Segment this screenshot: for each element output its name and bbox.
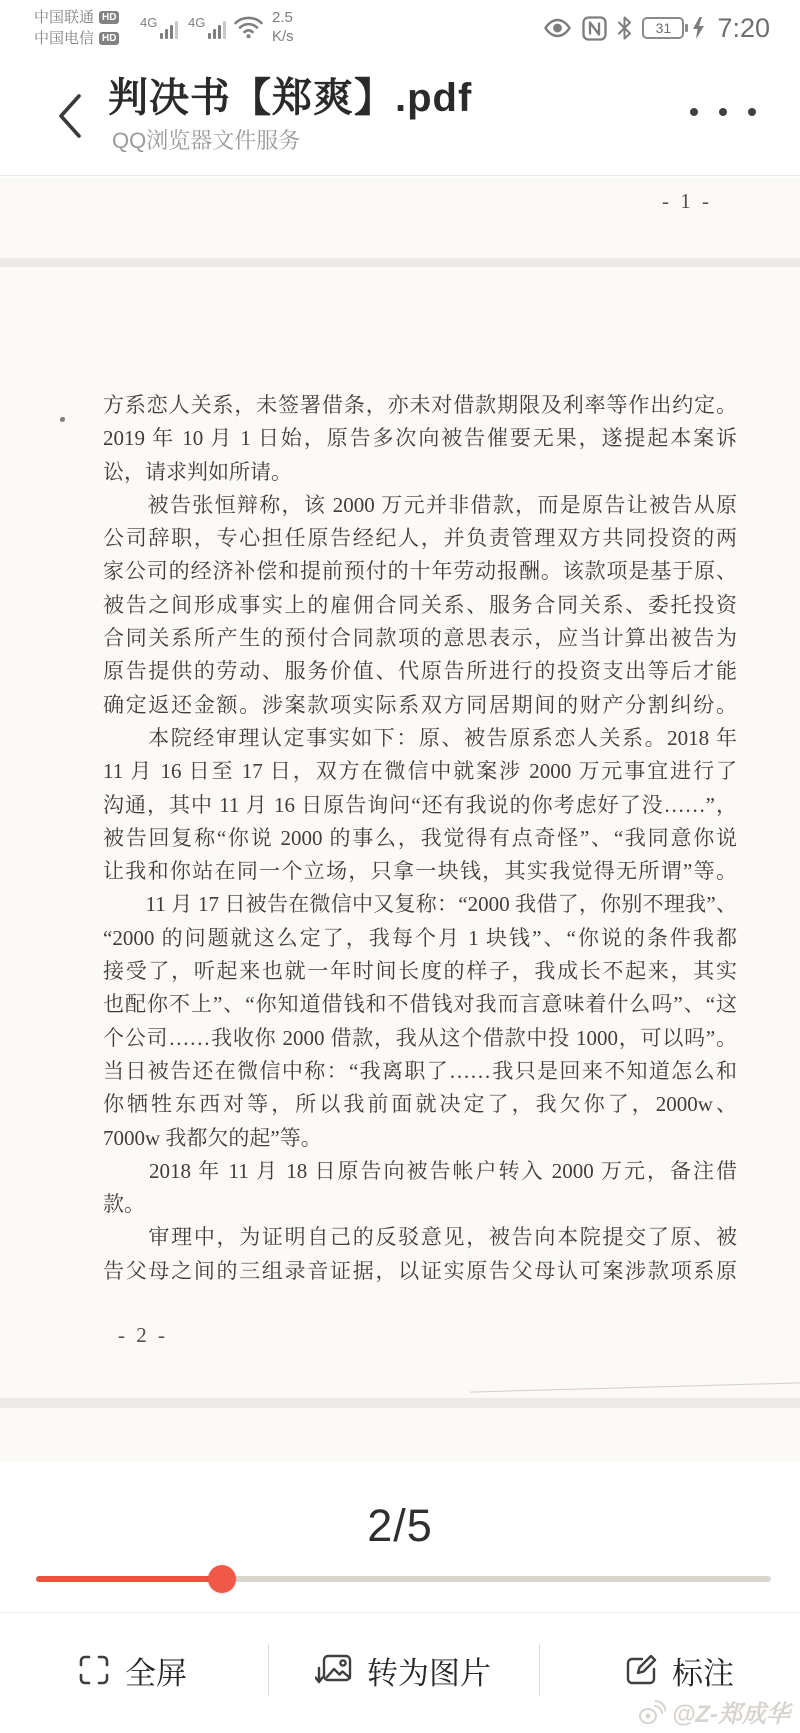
convert-to-image-button[interactable]: 转为图片 [315,1648,491,1692]
back-button[interactable] [50,88,90,144]
document-line: 公司辞职，专心担任原告经纪人，并负责管理双方共同投资的两 [103,522,737,555]
fullscreen-icon [77,1653,111,1687]
file-title: 判决书【郑爽】.pdf [108,66,472,123]
document-line: 让我和你站在同一个立场，只拿一块钱，其实我觉得无所谓”等。 [103,855,737,888]
convert-to-image-icon [315,1653,353,1687]
document-line: 也配你不上”、“你知道借钱和不借钱对我而言意味着什么吗”、“这 [103,988,737,1021]
carrier-name-1: 中国联通 [34,7,94,28]
slider-thumb[interactable] [208,1565,236,1593]
document-line: 被告之间形成事实上的雇佣合同关系、服务合同关系、委托投资 [103,589,737,622]
viewer-bottom-panel: 2/5 全屏 转为图片 [0,1462,800,1733]
document-line: 接受了，听起来也就一年时间长度的样子，我成长不起来，其实 [103,955,737,988]
document-line: 告父母之间的三组录音证据，以证实原告父母认可案涉款项系原 [103,1255,737,1288]
dot-icon [748,108,756,116]
clock-time: 7:20 [717,13,770,44]
fullscreen-label: 全屏 [125,1648,187,1693]
dot-icon [690,108,698,116]
document-line: 家公司的经济补偿和提前预付的十年劳动报酬。该款项是基于原、 [103,555,737,588]
network-speed: 2.5 K/s [272,8,294,46]
page-indicator: 2/5 [0,1500,800,1552]
battery-icon: 31 [642,17,684,39]
document-line: 7000w 我都欠的起”等。 [103,1122,737,1155]
slider-fill [36,1576,222,1582]
document-line: 讼，请求判如所请。 [103,456,737,489]
document-line: 款。 [103,1188,737,1221]
document-text: 方系恋人关系，未签署借条，亦未对借款期限及利率等作出约定。2019 年 10 月… [103,389,737,1288]
document-line: 被告回复称“你说 2000 的事么，我觉得有点奇怪”、“我同意你说 [103,822,737,855]
document-line: 方系恋人关系，未签署借条，亦未对借款期限及利率等作出约定。 [103,389,737,422]
document-line: 11 月 16 日至 17 日，双方在微信中就案涉 2000 万元事宜进行了 [103,755,737,788]
annotate-button[interactable]: 标注 [624,1648,734,1692]
charging-icon [692,17,705,39]
toolbar-separator [539,1644,540,1696]
nfc-icon [582,16,607,41]
document-line: 个公司……我收你 2000 借款，我从这个借款中投 1000，可以吗”。 [103,1022,737,1055]
bluetooth-icon [617,16,632,40]
page-2-footer: - 2 - [118,1323,168,1348]
battery-level: 31 [656,20,672,36]
document-line: 11 月 17 日被告在微信中又复称：“2000 我借了，你别不理我”、 [103,888,737,921]
file-viewer-header: 判决书【郑爽】.pdf QQ浏览器文件服务 [0,56,800,176]
signal-icon: 4G [188,16,226,39]
carrier-name-2: 中国电信 [34,28,94,49]
wifi-icon [233,15,264,40]
weibo-icon [638,1699,666,1725]
dot-icon [719,108,727,116]
annotate-icon [624,1653,658,1687]
scan-speck-artifact [60,417,65,422]
document-line: 原告提供的劳动、服务价值、代原告所进行的投资支出等后才能 [103,655,737,688]
document-line: 你牺牲东西对等，所以我前面就决定了，我欠你了，2000w、1000w、 [103,1088,737,1121]
file-source-subtitle: QQ浏览器文件服务 [112,124,300,155]
hd-badge-icon: HD [99,32,119,45]
pdf-document-viewport[interactable]: - 1 - 方系恋人关系，未签署借条，亦未对借款期限及利率等作出约定。2019 … [0,177,800,1462]
page-1-footer: - 1 - [662,189,712,214]
pdf-page-2: 方系恋人关系，未签署借条，亦未对借款期限及利率等作出约定。2019 年 10 月… [0,267,800,1398]
document-line: 本院经审理认定事实如下：原、被告原系恋人关系。2018 年 [103,722,737,755]
carrier-labels: 中国联通 HD 中国电信 HD [34,7,119,49]
pdf-page-1-bottom: - 1 - [0,177,800,258]
weibo-watermark: @Z-郑成华 [638,1694,790,1729]
document-line: 确定返还金额。涉案款项实际系双方同居期间的财产分割纠纷。 [103,689,737,722]
back-chevron-icon [57,93,83,139]
hd-badge-icon: HD [99,11,119,24]
document-line: 2019 年 10 月 1 日始，原告多次向被告催要无果，遂提起本案诉 [103,422,737,455]
scan-edge-artifact [470,1382,800,1392]
document-line: 被告张恒辩称，该 2000 万元并非借款，而是原告让被告从原 [103,489,737,522]
document-line: 2018 年 11 月 18 日原告向被告帐户转入 2000 万元，备注借 [103,1155,737,1188]
document-line: 沟通，其中 11 月 16 日原告询问“还有我说的你考虑好了没……”， [103,789,737,822]
eye-comfort-icon [543,18,572,38]
document-line: “2000 的问题就这么定了，我每个月 1 块钱”、“你说的条件我都 [103,922,737,955]
toolbar-divider-line [0,1612,800,1613]
document-line: 当日被告还在微信中称：“我离职了……我只是回来不知道怎么和 [103,1055,737,1088]
more-menu-button[interactable] [686,94,760,130]
status-bar: 中国联通 HD 中国电信 HD 4G 4G 2.5 K/s [0,0,800,56]
document-line: 合同关系所产生的预付合同款项的意思表示，应当计算出被告为 [103,622,737,655]
convert-to-image-label: 转为图片 [367,1648,491,1693]
watermark-text: @Z-郑成华 [672,1694,790,1729]
document-line: 审理中，为证明自己的反驳意见，被告向本院提交了原、被 [103,1221,737,1254]
annotate-label: 标注 [672,1648,734,1693]
page-slider[interactable] [36,1565,771,1593]
toolbar-separator [268,1644,269,1696]
pdf-page-3-top [0,1408,800,1462]
fullscreen-button[interactable]: 全屏 [77,1648,187,1692]
signal-icon: 4G [140,16,178,39]
